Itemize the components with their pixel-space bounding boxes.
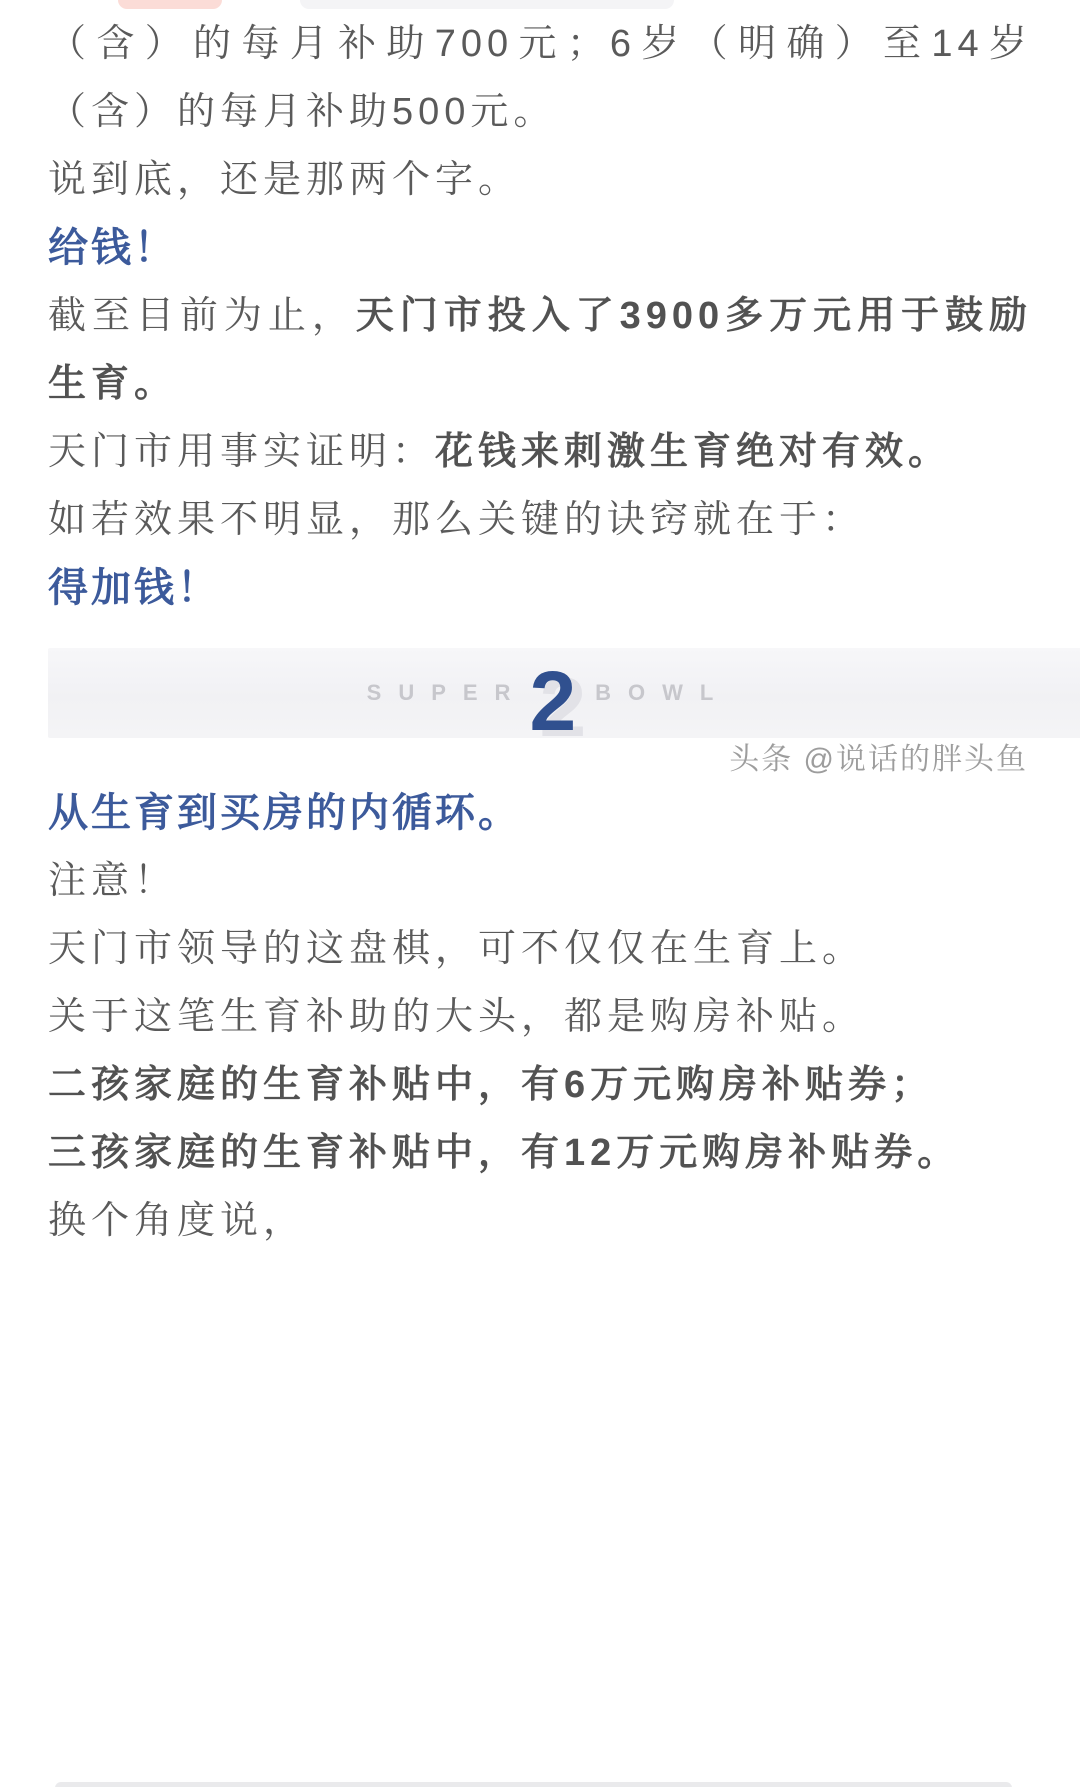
paragraph-chess-game: 天门市领导的这盘棋，可不仅仅在生育上。 xyxy=(48,915,1032,983)
paragraph-text-regular: 天门市用事实证明： xyxy=(48,431,435,473)
paragraph-in-the-end: 说到底，还是那两个字。 xyxy=(48,146,1032,214)
banner-word-bowl: BOWL xyxy=(578,680,730,706)
heading-text: 得加钱！ xyxy=(48,566,220,610)
banner-inner: SUPER 2 BOWL xyxy=(48,648,1032,738)
cropped-follow-button-fragment[interactable] xyxy=(118,0,222,9)
paragraph-text: 如若效果不明显，那么关键的诀窍就在于： xyxy=(48,499,865,541)
heading-give-money: 给钱！ xyxy=(48,214,1032,282)
paragraph-text-bold: 花钱来刺激生育绝对有效。 xyxy=(435,431,951,473)
article-content: （含）的每月补助700元；6岁（明确）至14岁（含）的每月补助500元。 说到底… xyxy=(0,0,1080,1255)
paragraph-text-regular: 截至目前为止， xyxy=(48,295,356,337)
toutiao-author-watermark: 头条 @说话的胖头鱼 xyxy=(729,741,1028,779)
paragraph-text: 换个角度说， xyxy=(48,1200,306,1242)
paragraph-text: 关于这笔生育补助的大头，都是购房补贴。 xyxy=(48,996,865,1038)
paragraph-another-angle: 换个角度说， xyxy=(48,1187,1032,1255)
super-bowl-section-2-image[interactable]: SUPER 2 BOWL xyxy=(48,648,1080,738)
paragraph-two-child-voucher: 二孩家庭的生育补贴中，有6万元购房补贴券； xyxy=(48,1051,1032,1119)
paragraph-text: 注意！ xyxy=(48,860,177,902)
paragraph-attention: 注意！ xyxy=(48,847,1032,915)
paragraph-text: 天门市领导的这盘棋，可不仅仅在生育上。 xyxy=(48,928,865,970)
paragraph-text-bold: 三孩家庭的生育补贴中，有12万元购房补贴券。 xyxy=(48,1132,960,1174)
paragraph-key-trick: 如若效果不明显，那么关键的诀窍就在于： xyxy=(48,486,1032,554)
paragraph-housing-subsidy-main: 关于这笔生育补助的大头，都是购房补贴。 xyxy=(48,983,1032,1051)
banner-word-super: SUPER xyxy=(350,680,528,706)
paragraph-three-child-voucher: 三孩家庭的生育补贴中，有12万元购房补贴券。 xyxy=(48,1119,1032,1187)
paragraph-proof: 天门市用事实证明：花钱来刺激生育绝对有效。 xyxy=(48,418,1032,486)
heading-text: 给钱！ xyxy=(48,226,177,270)
heading-birth-to-housing-loop: 从生育到买房的内循环。 xyxy=(48,779,1032,847)
paragraph-total-invested: 截至目前为止，天门市投入了3900多万元用于鼓励生育。 xyxy=(48,282,1032,418)
heading-add-money: 得加钱！ xyxy=(48,554,1032,622)
banner-numeral-2: 2 xyxy=(529,659,576,743)
paragraph-text: 说到底，还是那两个字。 xyxy=(48,159,521,201)
cropped-next-card-fragment xyxy=(55,1782,1012,1787)
cropped-header-bar-fragment xyxy=(300,0,674,9)
paragraph-text: （含）的每月补助700元；6岁（明确）至14岁（含）的每月补助500元。 xyxy=(48,23,1032,133)
paragraph-text-bold: 二孩家庭的生育补贴中，有6万元购房补贴券； xyxy=(48,1064,934,1106)
heading-text: 从生育到买房的内循环。 xyxy=(48,791,521,835)
paragraph-subsidy-amounts: （含）的每月补助700元；6岁（明确）至14岁（含）的每月补助500元。 xyxy=(48,10,1032,146)
